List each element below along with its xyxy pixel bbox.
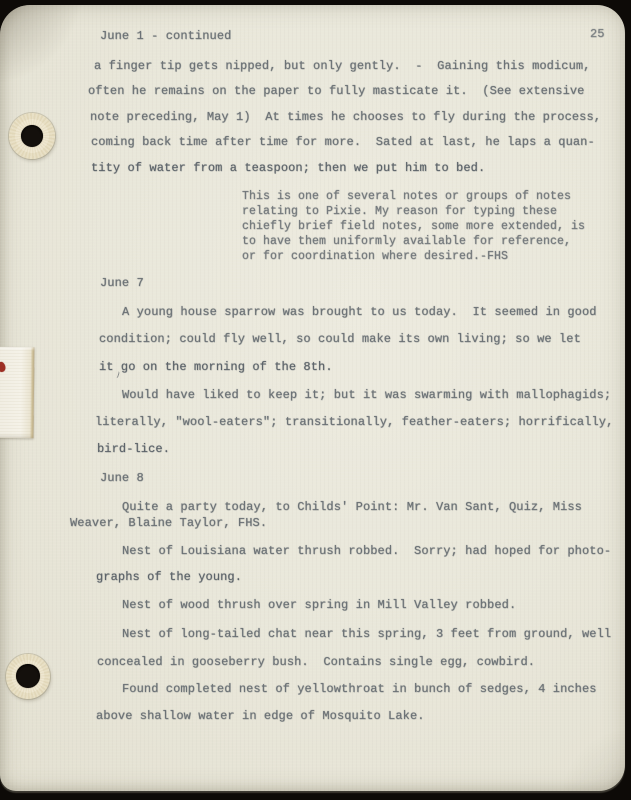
text-line: Quite a party today, to Childs' Point: M… <box>122 500 582 514</box>
text-line: graphs of the young. <box>96 570 242 584</box>
note-line: This is one of several notes or groups o… <box>242 190 571 203</box>
hole-punch-top <box>9 113 55 159</box>
text-line: note preceding, May 1) At times he choos… <box>90 110 601 124</box>
note-line: relating to Pixie. My reason for typing … <box>242 205 557 218</box>
text-line: Would have liked to keep it; but it was … <box>122 388 611 402</box>
stray-typewriter-mark <box>114 371 120 379</box>
note-line: chiefly brief field notes, some more ext… <box>242 220 585 233</box>
text-line: Weaver, Blaine Taylor, FHS. <box>70 516 267 530</box>
text-line: it go on the morning of the 8th. <box>99 360 333 374</box>
heading-june1: June 1 - continued <box>100 29 231 43</box>
cloth-binding-tab <box>0 347 34 438</box>
red-ink-mark <box>0 361 6 372</box>
text-line: Nest of wood thrush over spring in Mill … <box>122 598 516 612</box>
hole-punch-bottom <box>6 654 50 699</box>
page-number: 25 <box>590 27 605 41</box>
text-line: often he remains on the paper to fully m… <box>88 84 584 98</box>
note-line: to have them uniformly available for ref… <box>242 235 571 248</box>
heading-june7: June 7 <box>100 276 144 290</box>
text-line: Nest of Louisiana water thrush robbed. S… <box>122 544 611 558</box>
text-line: A young house sparrow was brought to us … <box>122 305 597 319</box>
text-line: concealed in gooseberry bush. Contains s… <box>97 655 535 669</box>
text-line: a finger tip gets nipped, but only gentl… <box>94 59 590 73</box>
text-line: Found completed nest of yellowthroat in … <box>122 682 597 696</box>
punch-hole-icon <box>16 664 40 688</box>
heading-june8: June 8 <box>100 471 144 485</box>
text-line: above shallow water in edge of Mosquito … <box>96 709 425 723</box>
text-line: condition; could fly well, so could make… <box>99 332 581 346</box>
text-line: literally, "wool-eaters"; transitionally… <box>95 415 613 429</box>
text-line: coming back time after time for more. Sa… <box>91 135 595 149</box>
punch-hole-icon <box>21 125 43 147</box>
text-line: Nest of long-tailed chat near this sprin… <box>122 627 611 641</box>
text-line: bird-lice. <box>97 442 170 456</box>
journal-page: June 1 - continued 25 a finger tip gets … <box>0 5 625 791</box>
note-line: or for coordination where desired.-FHS <box>242 250 508 263</box>
text-line: tity of water from a teaspoon; then we p… <box>91 161 485 175</box>
